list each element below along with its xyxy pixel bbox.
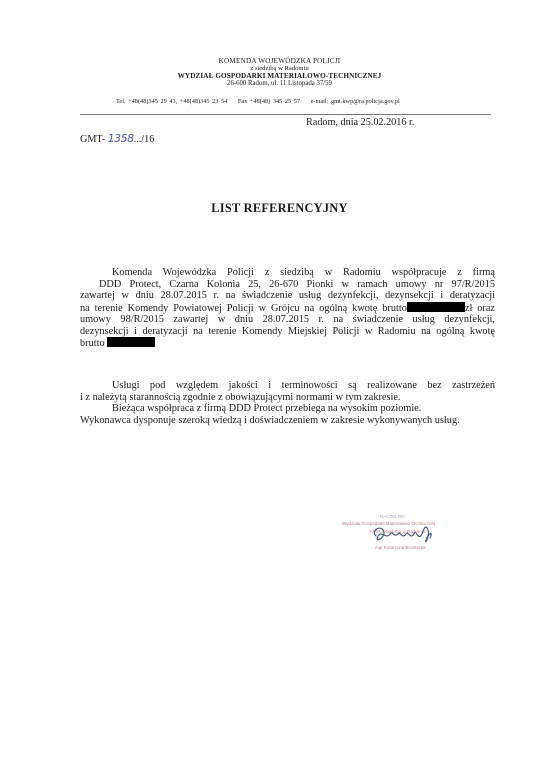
text-line: Usługi pod względem jakości i terminowoś…: [80, 380, 495, 392]
text-line: i z należytą starannością zgodnie z obow…: [80, 392, 495, 404]
document-title: LIST REFERENCYJNY: [0, 201, 559, 216]
letterhead-contact: Tel. +48(48)345 29 43, +48(48)345 23 54 …: [116, 98, 408, 105]
text-line: Wykonawca dysponuje szeroką wiedzą i doś…: [80, 415, 495, 427]
reference-suffix: .../16: [134, 134, 155, 145]
text-line: DDD Protect, Czarna Kolonia 25, 26-670 P…: [80, 279, 495, 291]
official-stamp-signature: NACZELNIK Wydziału Gospodarki Materiałow…: [340, 512, 470, 562]
text-line: brutto: [80, 337, 495, 350]
text-line: zawartej w dniu 28.07.2015 r. na świadcz…: [80, 290, 495, 302]
letterhead-address: 26-600 Radom, ul. 11 Listopada 37/59: [0, 80, 559, 87]
contact-email: e-mail: gmt.kwp@ra.policja.gov.pl: [311, 98, 400, 105]
text-fragment: brutto: [80, 338, 105, 349]
paragraph-2: Usługi pod względem jakości i terminowoś…: [80, 380, 495, 426]
signature-icon: [368, 522, 448, 552]
contact-fax: Fax +48(48) 345 25 57: [238, 98, 300, 105]
letterhead-department: WYDZIAŁ GOSPODARKI MATERIAŁOWO-TECHNICZN…: [0, 72, 559, 80]
text-line: Komenda Wojewódzka Policji z siedzibą w …: [80, 267, 495, 279]
text-line: Bieżąca współpraca z firmą DDD Protect p…: [80, 403, 495, 415]
letterhead-institution: KOMENDA WOJEWÓDZKA POLICJI: [0, 57, 559, 65]
text-fragment: na terenie Komendy Powiatowej Policji w …: [80, 303, 407, 314]
place-date: Radom, dnia 25.02.2016 r.: [306, 117, 414, 128]
redacted-amount: [107, 337, 155, 347]
reference-number: GMT- 1358.../16: [80, 132, 154, 145]
header-divider: [80, 114, 491, 115]
stamp-line: NACZELNIK: [380, 514, 405, 519]
text-fragment: zł oraz: [465, 303, 495, 314]
redacted-amount: [407, 302, 465, 312]
reference-handwritten-number: 1358: [108, 132, 134, 145]
reference-prefix: GMT-: [80, 134, 105, 145]
text-line: na terenie Komendy Powiatowej Policji w …: [80, 302, 495, 315]
letterhead-seat: z siedzibą w Radomiu: [0, 65, 559, 72]
contact-phone: Tel. +48(48)345 29 43, +48(48)345 23 54: [116, 98, 227, 105]
text-line: umowy 98/R/2015 zawartej w dniu 28.07.20…: [80, 314, 495, 326]
text-line: dezynsekcji i deratyzacji na terenie Kom…: [80, 326, 495, 338]
paragraph-1: Komenda Wojewódzka Policji z siedzibą w …: [80, 267, 495, 350]
